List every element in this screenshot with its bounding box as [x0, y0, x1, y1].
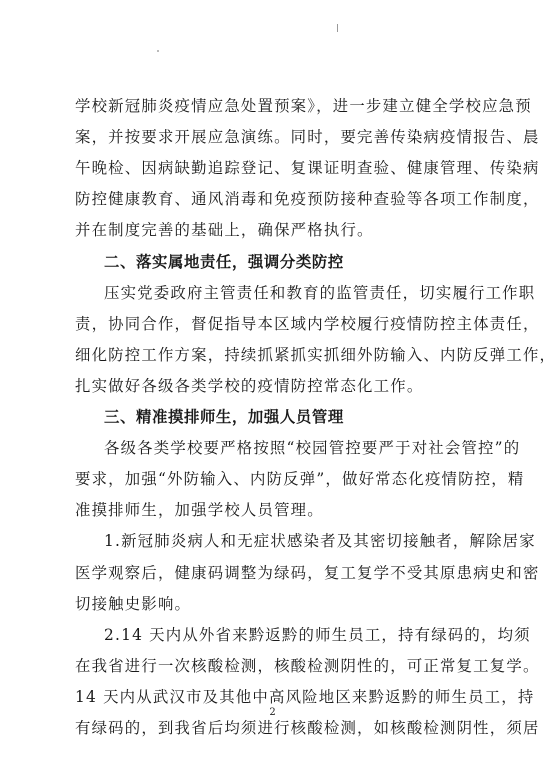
text-line: 有绿码的，到我省后均须进行核酸检测，如核酸检测阴性，须居: [75, 718, 480, 738]
section-heading: 三、精准摸排师生，加强人员管理: [104, 407, 480, 427]
text-line: 准摸排师生，加强学校人员管理。: [75, 500, 480, 520]
text-line: 各级各类学校要严格按照“校园管控要严于对社会管控”的: [104, 438, 480, 458]
document-page: 学校新冠肺炎疫情应急处置预案》，进一步建立健全学校应急预案，并按要求开展应急演练…: [0, 0, 545, 768]
text-line: 午晚检、因病缺勤追踪登记、复课证明查验、健康管理、传染病: [75, 158, 480, 178]
text-line: 14 天内从武汉市及其他中高风险地区来黔返黔的师生员工，持: [75, 687, 480, 707]
text-line: 切接触史影响。: [75, 594, 480, 614]
text-line: 并在制度完善的基础上，确保严格执行。: [75, 220, 480, 240]
text-line: 案，并按要求开展应急演练。同时，要完善传染病疫情报告、晨: [75, 127, 480, 147]
section-heading: 二、落实属地责任，强调分类防控: [104, 252, 480, 272]
text-line: 责，协同合作，督促指导本区域内学校履行疫情防控主体责任，: [75, 314, 480, 334]
text-line: 扎实做好各级各类学校的疫情防控常态化工作。: [75, 376, 480, 396]
text-line: 在我省进行一次核酸检测，核酸检测阴性的，可正常复工复学。: [75, 656, 480, 676]
text-line: 2.14 天内从外省来黔返黔的师生员工，持有绿码的，均须: [104, 625, 480, 645]
text-line: 防控健康教育、通风消毒和免疫预防接种查验等各项工作制度，: [75, 189, 480, 209]
text-line: 压实党委政府主管责任和教育的监管责任，切实履行工作职: [104, 283, 480, 303]
page-number: 2: [0, 707, 545, 718]
text-line: 医学观察后，健康码调整为绿码，复工复学不受其原患病史和密: [75, 563, 480, 583]
text-line: 细化防控工作方案，持续抓紧抓实抓细外防输入、内防反弹工作，: [75, 345, 480, 365]
text-line: 要求，加强“外防输入、内防反弹”，做好常态化疫情防控，精: [75, 469, 480, 489]
scan-speck: [157, 50, 159, 52]
scan-mark: [337, 24, 338, 32]
text-line: 学校新冠肺炎疫情应急处置预案》，进一步建立健全学校应急预: [75, 96, 480, 116]
text-line: 1.新冠肺炎病人和无症状感染者及其密切接触者，解除居家: [104, 531, 480, 551]
